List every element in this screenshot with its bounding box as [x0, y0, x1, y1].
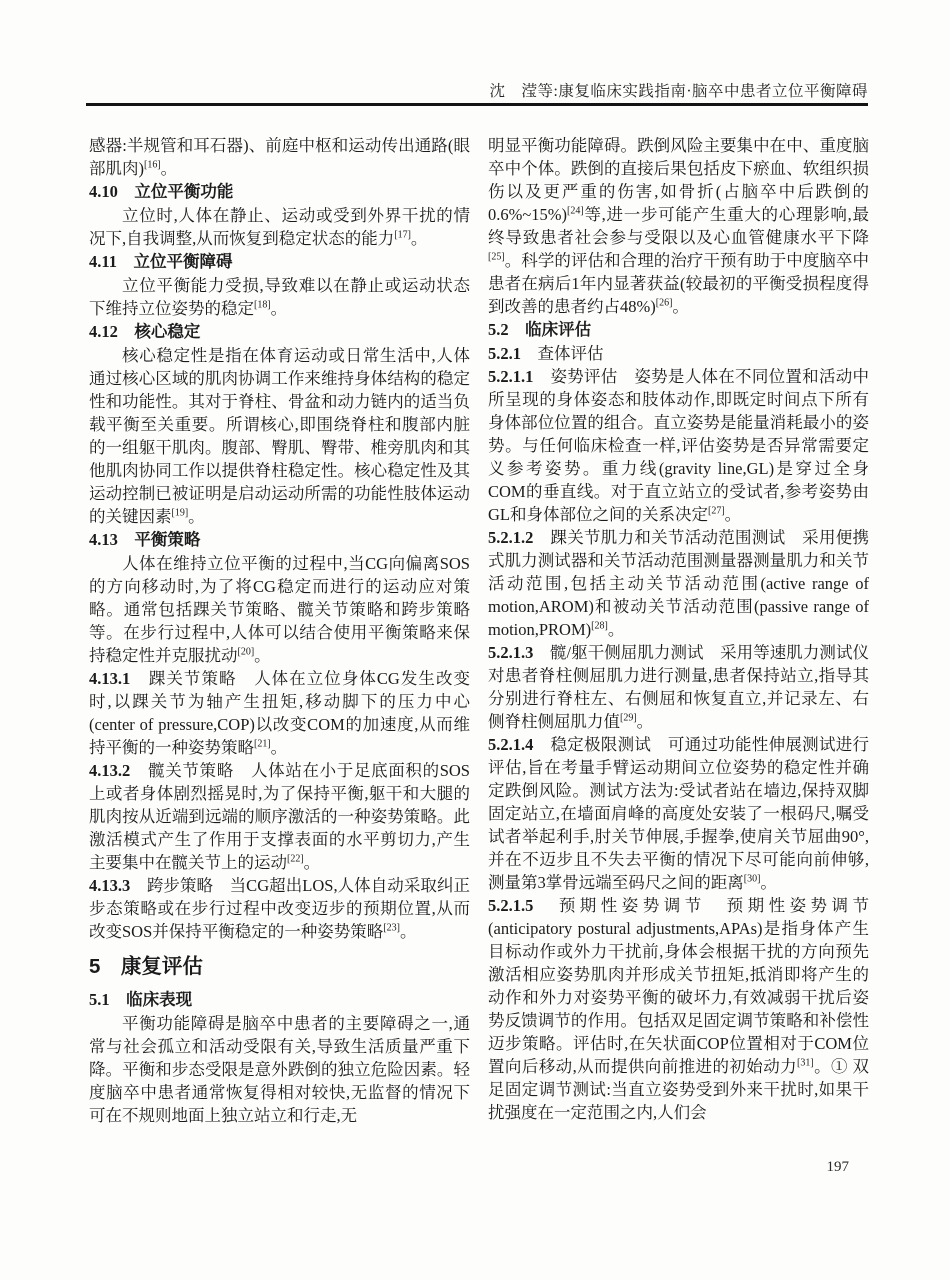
- labeled-paragraph: 4.13.3 跨步策略 当CG超出LOS,人体自动采取纠正步态策略或在步行过程中…: [89, 874, 470, 943]
- citation-reference: [23]: [383, 923, 400, 934]
- heading-text: 立位平衡功能: [134, 183, 233, 201]
- text-run: 。: [188, 507, 205, 526]
- text-run: 。: [637, 712, 654, 731]
- paragraph-continuation: 感器:半规管和耳石器)、前庭中枢和运动传出通路(眼部肌肉)[16]。: [89, 134, 470, 180]
- text-run: 髋/躯干侧屈肌力测试 采用等速肌力测试仪对患者脊柱侧屈肌力进行测量,患者保持站立…: [488, 643, 869, 731]
- citation-reference: [28]: [591, 621, 608, 632]
- citation-reference: [31]: [797, 1058, 814, 1069]
- text-run: 。: [271, 738, 288, 757]
- running-header: 沈 滢等:康复临床实践指南·脑卒中患者立位平衡障碍: [88, 82, 868, 102]
- citation-reference: [25]: [488, 252, 505, 263]
- labeled-paragraph: 4.13.1 踝关节策略 人体在立位身体CG发生改变时,以踝关节为轴产生扭矩,移…: [89, 667, 470, 759]
- left-column: 感器:半规管和耳石器)、前庭中枢和运动传出通路(眼部肌肉)[16]。4.10 立…: [89, 134, 470, 1127]
- paragraph: 人体在维持立位平衡的过程中,当CG向偏离SOS的方向移动时,为了将CG稳定而进行…: [89, 552, 470, 667]
- citation-reference: [29]: [620, 713, 637, 724]
- text-run: 。: [672, 297, 689, 316]
- section-number: 4.13.3: [89, 876, 130, 895]
- text-run: 感器:半规管和耳石器)、前庭中枢和运动传出通路(眼部肌肉): [89, 136, 470, 178]
- citation-reference: [26]: [656, 298, 673, 309]
- subsection-heading: 5.2.1 查体评估: [488, 342, 869, 365]
- right-column: 明显平衡功能障碍。跌倒风险主要集中在中、重度脑卒中个体。跌倒的直接后果包括皮下瘀…: [488, 134, 869, 1127]
- text-run: 踝关节肌力和关节活动范围测试 采用便携式肌力测试器和关节活动范围测量器测量肌力和…: [488, 528, 869, 639]
- paragraph: 立位时,人体在静止、运动或受到外界干扰的情况下,自我调整,从而恢复到稳定状态的能…: [89, 204, 470, 250]
- section-number: 5.2.1: [488, 344, 521, 363]
- labeled-paragraph: 5.2.1.1 姿势评估 姿势是人体在不同位置和活动中所呈现的身体姿态和肢体动作…: [488, 365, 869, 526]
- heading-text: 临床评估: [525, 321, 591, 339]
- citation-reference: [17]: [394, 230, 411, 241]
- text-run: 。: [254, 646, 271, 665]
- text-run: 稳定极限测试 可通过功能性伸展测试进行评估,旨在考量手臂运动期间立位姿势的稳定性…: [488, 735, 869, 892]
- text-run: 核心稳定性是指在体育运动或日常生活中,人体通过核心区域的肌肉协调工作来维持身体结…: [89, 346, 470, 526]
- labeled-paragraph: 5.2.1.4 稳定极限测试 可通过功能性伸展测试进行评估,旨在考量手臂运动期间…: [488, 733, 869, 894]
- citation-reference: [24]: [567, 206, 584, 217]
- section-number: 5.2.1.1: [488, 367, 533, 386]
- header-rule: [86, 103, 868, 106]
- labeled-paragraph: 5.2.1.3 髋/躯干侧屈肌力测试 采用等速肌力测试仪对患者脊柱侧屈肌力进行测…: [488, 641, 869, 733]
- section-number: 4.13.2: [89, 761, 130, 780]
- citation-reference: [19]: [172, 508, 189, 519]
- section-number: 5.2.1.4: [488, 735, 533, 754]
- section-heading: 5.1 临床表现: [89, 988, 470, 1012]
- text-run: 平衡功能障碍是脑卒中患者的主要障碍之一,通常与社会孤立和活动受限有关,导致生活质…: [89, 1014, 470, 1125]
- citation-reference: [30]: [744, 874, 761, 885]
- text-run: 。: [400, 922, 417, 941]
- labeled-paragraph: 4.13.2 髋关节策略 人体站在小于足底面积的SOS上或者身体剧烈摇晃时,为了…: [89, 759, 470, 874]
- labeled-paragraph: 5.2.1.2 踝关节肌力和关节活动范围测试 采用便携式肌力测试器和关节活动范围…: [488, 526, 869, 641]
- section-number: 5.2.1.2: [488, 528, 533, 547]
- citation-reference: [18]: [254, 300, 271, 311]
- section-number: 4.13.1: [89, 669, 130, 688]
- text-run: 人体在维持立位平衡的过程中,当CG向偏离SOS的方向移动时,为了将CG稳定而进行…: [89, 554, 470, 665]
- paragraph: 立位平衡能力受损,导致难以在静止或运动状态下维持立位姿势的稳定[18]。: [89, 274, 470, 320]
- section-number: 4.13: [89, 530, 134, 549]
- citation-reference: [20]: [238, 647, 255, 658]
- text-run: 。: [271, 299, 288, 318]
- text-run: 查体评估: [521, 344, 604, 363]
- section-number: 4.10: [89, 182, 134, 201]
- section-number: 4.11: [89, 252, 133, 271]
- text-run: 。: [304, 853, 321, 872]
- document-page: 沈 滢等:康复临床实践指南·脑卒中患者立位平衡障碍 感器:半规管和耳石器)、前庭…: [0, 0, 950, 1280]
- labeled-paragraph: 5.2.1.5 预期性姿势调节 预期性姿势调节(anticipatory pos…: [488, 894, 869, 1124]
- paragraph: 核心稳定性是指在体育运动或日常生活中,人体通过核心区域的肌肉协调工作来维持身体结…: [89, 344, 470, 528]
- section-heading: 4.12 核心稳定: [89, 320, 470, 344]
- section-number: 5.2.1.5: [488, 896, 533, 915]
- paragraph: 平衡功能障碍是脑卒中患者的主要障碍之一,通常与社会孤立和活动受限有关,导致生活质…: [89, 1012, 470, 1127]
- citation-reference: [22]: [287, 854, 304, 865]
- chapter-heading: 5 康复评估: [89, 953, 470, 980]
- text-run: 。: [161, 159, 178, 178]
- text-run: 姿势评估 姿势是人体在不同位置和活动中所呈现的身体姿态和肢体动作,即既定时间点下…: [488, 367, 869, 524]
- heading-text: 临床表现: [126, 991, 192, 1009]
- heading-text: 平衡策略: [134, 531, 200, 549]
- text-run: 。: [411, 229, 428, 248]
- text-run: 预期性姿势调节 预期性姿势调节(anticipatory postural ad…: [488, 896, 869, 1076]
- citation-reference: [27]: [708, 506, 725, 517]
- paragraph-continuation: 明显平衡功能障碍。跌倒风险主要集中在中、重度脑卒中个体。跌倒的直接后果包括皮下瘀…: [488, 134, 869, 318]
- section-number: 5.1: [89, 990, 126, 1009]
- section-number: 5.2: [488, 320, 525, 339]
- heading-text: 5 康复评估: [89, 955, 203, 978]
- text-run: 髋关节策略 人体站在小于足底面积的SOS上或者身体剧烈摇晃时,为了保持平衡,躯干…: [89, 761, 470, 872]
- page-number: 197: [89, 1159, 849, 1176]
- heading-text: 核心稳定: [134, 323, 200, 341]
- section-number: 4.12: [89, 322, 134, 341]
- section-heading: 4.11 立位平衡障碍: [89, 250, 470, 274]
- page-content: 感器:半规管和耳石器)、前庭中枢和运动传出通路(眼部肌肉)[16]。4.10 立…: [89, 134, 869, 1127]
- citation-reference: [21]: [254, 739, 271, 750]
- text-run: 。: [725, 505, 742, 524]
- section-heading: 5.2 临床评估: [488, 318, 869, 342]
- heading-text: 立位平衡障碍: [133, 253, 232, 271]
- text-run: 。: [608, 620, 625, 639]
- section-heading: 4.13 平衡策略: [89, 528, 470, 552]
- text-run: 。: [760, 873, 777, 892]
- section-number: 5.2.1.3: [488, 643, 533, 662]
- citation-reference: [16]: [144, 160, 161, 171]
- section-heading: 4.10 立位平衡功能: [89, 180, 470, 204]
